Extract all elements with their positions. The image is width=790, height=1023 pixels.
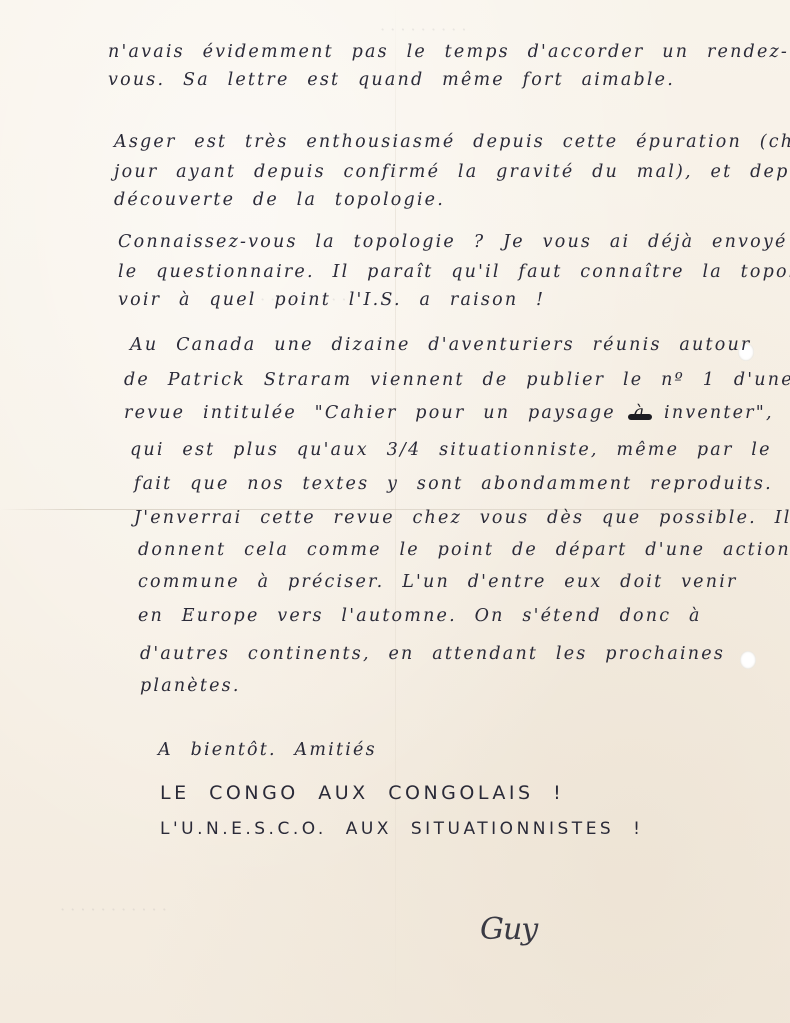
bleed-through-text: · · · · · · · · · · · [60, 900, 167, 919]
slogan-line: LE CONGO AUX CONGOLAIS ! [160, 782, 564, 804]
letter-line: J'enverrai cette revue chez vous dès que… [134, 508, 790, 528]
letter-line: revue intitulée "Cahier pour un paysage … [124, 403, 774, 423]
letter-page: · · · · · · · · · · · · · · · · · · · · … [0, 0, 790, 1023]
letter-line: commune à préciser. L'un d'entre eux doi… [138, 572, 738, 592]
letter-line: qui est plus qu'aux 3/4 situationniste, … [130, 440, 772, 460]
letter-line: en Europe vers l'automne. On s'étend don… [138, 606, 702, 626]
letter-line: de Patrick Straram viennent de publier l… [124, 370, 790, 390]
letter-line: jour ayant depuis confirmé la gravité du… [114, 162, 790, 182]
letter-line: donnent cela comme le point de départ d'… [138, 540, 790, 560]
letter-line: Asger est très enthousiasmé depuis cette… [114, 132, 790, 152]
letter-line: découverte de la topologie. [114, 190, 445, 210]
letter-line: d'autres continents, en attendant les pr… [140, 644, 725, 664]
slogan-line: L'U.N.E.S.C.O. AUX SITUATIONNISTES ! [160, 819, 643, 839]
closing-line: A bientôt. Amitiés [158, 740, 377, 760]
letter-line: voir à quel point l'I.S. a raison ! [118, 290, 545, 310]
letter-line: Au Canada une dizaine d'aventuriers réun… [130, 335, 752, 355]
punch-hole-bottom [740, 651, 756, 669]
letter-line: planètes. [140, 676, 241, 696]
letter-line: Connaissez-vous la topologie ? Je vous a… [118, 232, 788, 252]
struck-word: à [634, 403, 647, 423]
letter-line: le questionnaire. Il paraît qu'il faut c… [118, 262, 790, 282]
signature: Guy [480, 912, 537, 947]
bleed-through-text: · · · · · · · · · [380, 20, 466, 39]
letter-line: n'avais évidemment pas le temps d'accord… [108, 42, 789, 62]
letter-line: vous. Sa lettre est quand même fort aima… [108, 70, 675, 90]
letter-line: fait que nos textes y sont abondamment r… [134, 474, 773, 494]
